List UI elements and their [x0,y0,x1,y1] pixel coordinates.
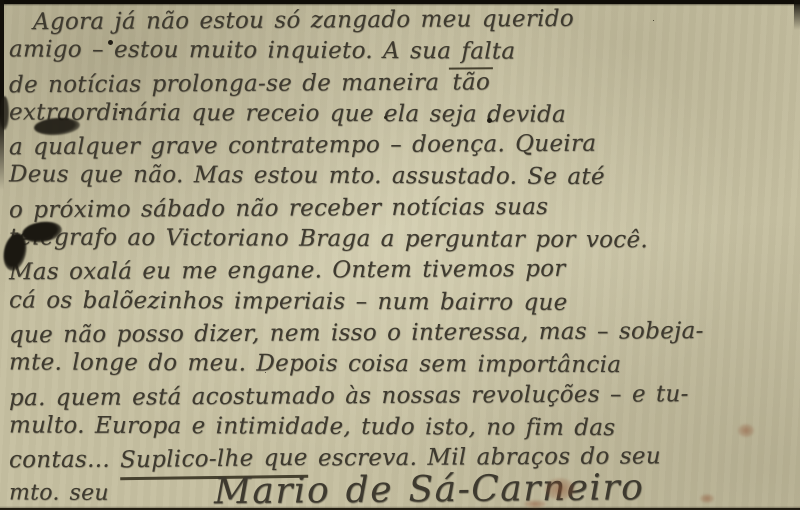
letter-line: Agora já não estou só zangado meu querid… [9,3,750,39]
letter-line-text: contas... [9,447,120,474]
letter-line: telegrafo ao Victoriano Braga a pergunta… [9,222,750,257]
letter-line: a qualquer grave contratempo – doença. Q… [9,128,750,164]
scan-edge-left [0,0,4,190]
ink-blot [0,96,9,130]
letter-line: o próximo sábado não receber notícias su… [9,191,750,227]
letter-line: pa. quem está acostumado às nossas revol… [9,378,750,414]
rust-stain [524,500,546,508]
letter-line: de notícias prolonga-se de maneira tão [9,65,750,101]
letter-body: Agora já não estou só zangado meu querid… [9,5,750,508]
letter-line: Mas oxalá eu me engane. Ontem tivemos po… [9,253,750,289]
letter-line: que não posso dizer, nem isso o interess… [9,316,750,352]
letter-line: amigo – estou muito inquieto. A sua falt… [9,35,750,70]
signature: Mario de Sá-Carneiro [214,473,645,508]
letter-line: Deus que não. Mas estou mto. assustado. … [9,160,750,195]
rust-stain [545,478,575,500]
rust-stain [738,424,754,437]
letter-line-text: de notícias prolonga-se de maneira [9,69,450,98]
letter-line: extraordinária que receio que ela seja d… [9,97,750,132]
overlined-word: tão [449,67,493,95]
signature-line: mto. seu Mario de Sá-Carneiro [9,473,750,510]
letter-line: mte. longe do meu. Depois coisa sem impo… [9,348,750,383]
postcard-scan: Agora já não estou só zangado meu querid… [0,0,800,510]
letter-line: multo. Europa e intimidade, tudo isto, n… [9,410,750,445]
ink-speck [108,40,113,45]
letter-line: cá os balõezinhos imperiais – num bairro… [9,285,750,320]
rust-stain [700,494,714,503]
closing-abbreviation: mto. seu [9,478,109,510]
